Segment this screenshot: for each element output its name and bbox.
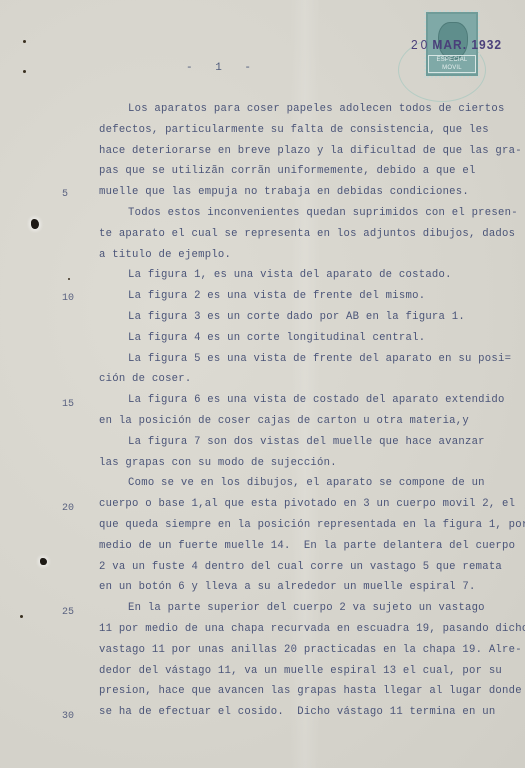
date-stamp: 20MAR. 1932 [411,38,502,53]
text-line: defectos, particularmente su falta de co… [99,124,489,136]
text-line: La figura 4 es un corte longitudinal cen… [128,332,425,344]
margin-line-number: 25 [62,607,74,618]
text-line: medio de un fuerte muelle 14. En la part… [99,540,515,552]
page-number: - 1 - [186,62,251,74]
text-line: ción de coser. [99,373,192,385]
text-line: se ha de efectuar el cosido. Dicho vásta… [99,706,495,718]
text-line: te aparato el cual se representa en los … [99,228,515,240]
text-line: muelle que las empuja no trabaja en debi… [99,186,469,198]
date-month-year: MAR. 1932 [432,38,502,53]
document-page: - 1 - ESPECIAL MOVIL 20MAR. 1932 Los apa… [0,0,525,768]
text-line: Los aparatos para coser papeles adolecen… [128,103,505,115]
text-line: dedor del vástago 11, va un muelle espir… [99,665,502,677]
stamp-label: ESPECIAL MOVIL [428,55,476,73]
text-line: cuerpo o base 1,al que esta pivotado en … [99,498,515,510]
text-line: La figura 5 es una vista de frente del a… [128,353,511,365]
margin-line-number: 15 [62,399,74,410]
margin-line-number: 20 [62,503,74,514]
binding-hole-dot [23,40,26,43]
margin-line-number: 5 [62,189,68,200]
text-line: en la posición de coser cajas de carton … [99,415,469,427]
text-line: La figura 7 son dos vistas del muelle qu… [128,436,485,448]
margin-line-number: 10 [62,293,74,304]
binding-hole-dot [20,615,23,618]
text-line: hace deteriorarse en breve plazo y la di… [99,145,522,157]
binding-hole-dot [23,70,26,73]
text-line: 11 por medio de una chapa recurvada en e… [99,623,525,635]
text-line: La figura 6 es una vista de costado del … [128,394,505,406]
text-line: pas que se utilizãn corrãn uniformemente… [99,165,476,177]
date-day: 20 [411,38,430,53]
ink-speck [68,278,70,280]
text-line: La figura 2 es una vista de frente del m… [128,290,425,302]
text-line: que queda siempre en la posición represe… [99,519,525,531]
text-line: En la parte superior del cuerpo 2 va suj… [128,602,485,614]
text-line: vastago 11 por unas anillas 20 practicad… [99,644,522,656]
text-line: La figura 3 es un corte dado por AB en l… [128,311,465,323]
text-line: las grapas con su modo de sujección. [99,457,337,469]
text-line: Como se ve en los dibujos, el aparato se… [128,477,485,489]
punch-hole [40,558,47,565]
punch-hole [31,219,39,229]
text-line: La figura 1, es una vista del aparato de… [128,269,452,281]
margin-line-number: 30 [62,711,74,722]
text-line: 2 va un fuste 4 dentro del cual corre un… [99,561,502,573]
text-line: en un botón 6 y lleva a su alrededor un … [99,581,476,593]
text-line: Todos estos inconvenientes quedan suprim… [128,207,518,219]
text-line: presion, hace que avancen las grapas has… [99,685,522,697]
text-line: a titulo de ejemplo. [99,249,231,261]
